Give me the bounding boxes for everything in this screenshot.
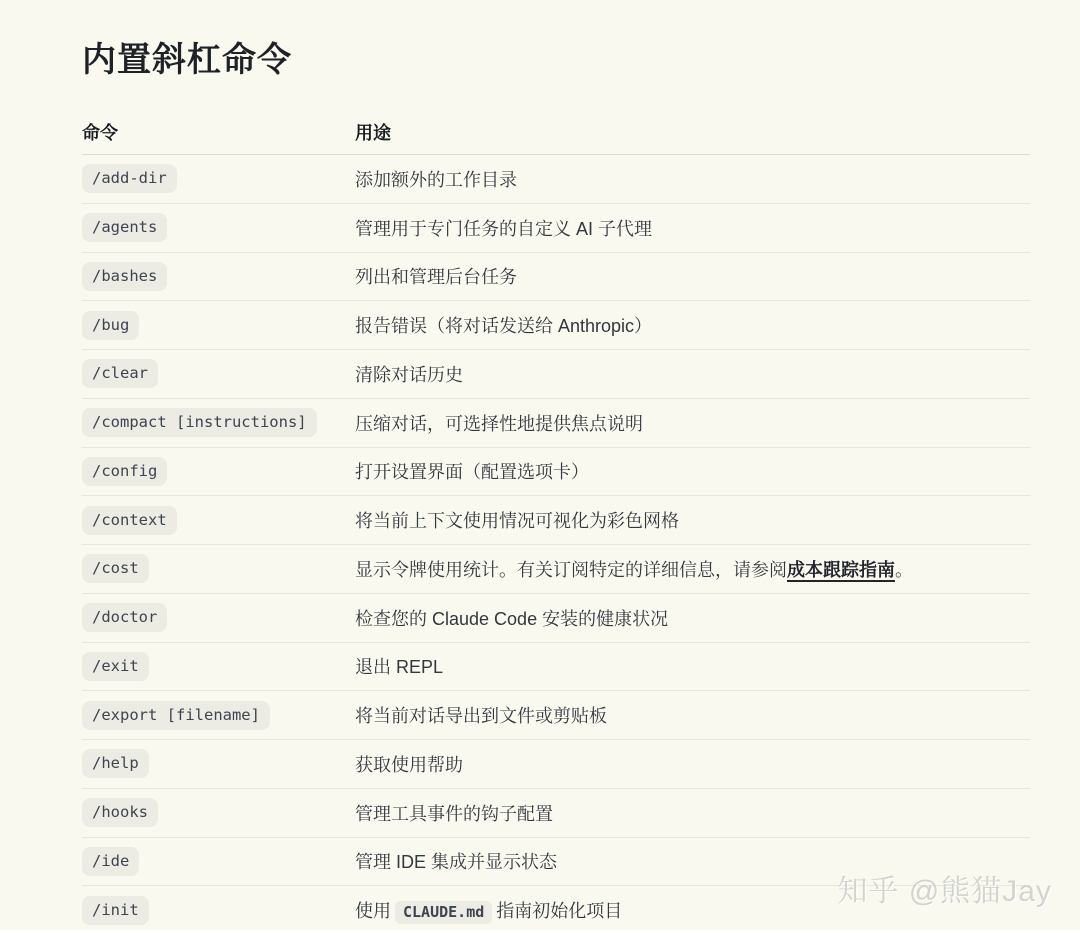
command-pill: /hooks xyxy=(82,798,158,827)
table-row: /agents 管理用于专门任务的自定义 AI 子代理 xyxy=(82,204,1030,253)
purpose-cell: 退出 REPL xyxy=(355,653,1030,679)
table-row: /hooks 管理工具事件的钩子配置 xyxy=(82,789,1030,838)
purpose-text: 显示令牌使用统计。有关订阅特定的详细信息，请参阅 xyxy=(355,560,787,580)
table-body: /add-dir 添加额外的工作目录 /agents 管理用于专门任务的自定义 … xyxy=(82,155,1030,933)
command-cell: /ide xyxy=(82,847,355,876)
table-row: /bashes 列出和管理后台任务 xyxy=(82,253,1030,302)
purpose-text: 检查您的 Claude Code 安装的健康状况 xyxy=(355,609,668,629)
page-title: 内置斜杠命令 xyxy=(82,0,1080,81)
purpose-cell: 压缩对话，可选择性地提供焦点说明 xyxy=(355,410,1030,436)
purpose-cell: 列出和管理后台任务 xyxy=(355,263,1030,289)
purpose-text: 添加额外的工作目录 xyxy=(355,170,517,190)
command-pill: /agents xyxy=(82,213,167,242)
header-cell-purpose: 用途 xyxy=(355,119,1030,145)
purpose-cell: 检查您的 Claude Code 安装的健康状况 xyxy=(355,605,1030,631)
table-row: /ide 管理 IDE 集成并显示状态 xyxy=(82,838,1030,887)
purpose-cell: 管理 IDE 集成并显示状态 xyxy=(355,848,1030,874)
command-pill: /context xyxy=(82,506,177,535)
command-cell: /add-dir xyxy=(82,164,355,193)
purpose-text: 退出 REPL xyxy=(355,657,443,677)
command-cell: /clear xyxy=(82,359,355,388)
command-cell: /compact [instructions] xyxy=(82,408,355,437)
purpose-text: 获取使用帮助 xyxy=(355,755,463,775)
command-cell: /export [filename] xyxy=(82,701,355,730)
inline-code: CLAUDE.md xyxy=(395,901,492,924)
command-cell: /cost xyxy=(82,554,355,583)
command-pill: /exit xyxy=(82,652,149,681)
command-pill: /doctor xyxy=(82,603,167,632)
table-row: /add-dir 添加额外的工作目录 xyxy=(82,155,1030,204)
purpose-text: 指南初始化项目 xyxy=(496,901,622,921)
table-row: /exit 退出 REPL xyxy=(82,643,1030,692)
purpose-text: 管理工具事件的钩子配置 xyxy=(355,804,553,824)
table-row: /config 打开设置界面（配置选项卡） xyxy=(82,448,1030,497)
command-cell: /bashes xyxy=(82,262,355,291)
command-pill: /compact [instructions] xyxy=(82,408,317,437)
purpose-text: 压缩对话，可选择性地提供焦点说明 xyxy=(355,414,643,434)
purpose-cell: 管理工具事件的钩子配置 xyxy=(355,800,1030,826)
purpose-text: 管理用于专门任务的自定义 AI 子代理 xyxy=(355,219,652,239)
purpose-text: 。 xyxy=(895,560,913,580)
command-pill: /config xyxy=(82,457,167,486)
table-header-row: 命令 用途 xyxy=(82,109,1030,155)
purpose-cell: 打开设置界面（配置选项卡） xyxy=(355,458,1030,484)
purpose-text: 管理 IDE 集成并显示状态 xyxy=(355,852,557,872)
table-row: /cost 显示令牌使用统计。有关订阅特定的详细信息，请参阅成本跟踪指南。 xyxy=(82,545,1030,594)
document-page: 内置斜杠命令 命令 用途 /add-dir 添加额外的工作目录 /agents … xyxy=(0,0,1080,930)
purpose-cell: 报告错误（将对话发送给 Anthropic） xyxy=(355,312,1030,338)
purpose-cell: 显示令牌使用统计。有关订阅特定的详细信息，请参阅成本跟踪指南。 xyxy=(355,556,1030,582)
table-row: /bug 报告错误（将对话发送给 Anthropic） xyxy=(82,301,1030,350)
command-pill: /ide xyxy=(82,847,139,876)
table-row: /clear 清除对话历史 xyxy=(82,350,1030,399)
purpose-cell: 将当前对话导出到文件或剪贴板 xyxy=(355,702,1030,728)
command-cell: /bug xyxy=(82,311,355,340)
command-pill: /cost xyxy=(82,554,149,583)
command-cell: /doctor xyxy=(82,603,355,632)
table-row: /context 将当前上下文使用情况可视化为彩色网格 xyxy=(82,496,1030,545)
command-cell: /context xyxy=(82,506,355,535)
purpose-cell: 获取使用帮助 xyxy=(355,751,1030,777)
purpose-text: 报告错误（将对话发送给 Anthropic） xyxy=(355,316,652,336)
purpose-text: 将当前对话导出到文件或剪贴板 xyxy=(355,706,607,726)
command-pill: /export [filename] xyxy=(82,701,270,730)
table-row: /compact [instructions] 压缩对话，可选择性地提供焦点说明 xyxy=(82,399,1030,448)
table-row: /init 使用CLAUDE.md指南初始化项目 xyxy=(82,886,1030,933)
purpose-text: 列出和管理后台任务 xyxy=(355,267,517,287)
command-cell: /init xyxy=(82,896,355,925)
purpose-text: 清除对话历史 xyxy=(355,365,463,385)
table-row: /export [filename] 将当前对话导出到文件或剪贴板 xyxy=(82,691,1030,740)
command-cell: /agents xyxy=(82,213,355,242)
purpose-cell: 添加额外的工作目录 xyxy=(355,166,1030,192)
command-pill: /clear xyxy=(82,359,158,388)
header-cell-command: 命令 xyxy=(82,119,355,145)
purpose-cell: 使用CLAUDE.md指南初始化项目 xyxy=(355,897,1030,924)
command-pill: /bug xyxy=(82,311,139,340)
command-pill: /help xyxy=(82,749,149,778)
cost-tracking-guide-link[interactable]: 成本跟踪指南 xyxy=(787,560,895,580)
table-row: /doctor 检查您的 Claude Code 安装的健康状况 xyxy=(82,594,1030,643)
command-pill: /bashes xyxy=(82,262,167,291)
purpose-text: 将当前上下文使用情况可视化为彩色网格 xyxy=(355,511,679,531)
command-cell: /config xyxy=(82,457,355,486)
command-cell: /hooks xyxy=(82,798,355,827)
command-pill: /init xyxy=(82,896,149,925)
command-cell: /help xyxy=(82,749,355,778)
purpose-cell: 将当前上下文使用情况可视化为彩色网格 xyxy=(355,507,1030,533)
purpose-text: 使用 xyxy=(355,901,391,921)
command-pill: /add-dir xyxy=(82,164,177,193)
table-row: /help 获取使用帮助 xyxy=(82,740,1030,789)
purpose-cell: 管理用于专门任务的自定义 AI 子代理 xyxy=(355,215,1030,241)
purpose-text: 打开设置界面（配置选项卡） xyxy=(355,462,589,482)
purpose-cell: 清除对话历史 xyxy=(355,361,1030,387)
command-cell: /exit xyxy=(82,652,355,681)
slash-commands-table: 命令 用途 /add-dir 添加额外的工作目录 /agents 管理用于专门任… xyxy=(82,109,1030,933)
